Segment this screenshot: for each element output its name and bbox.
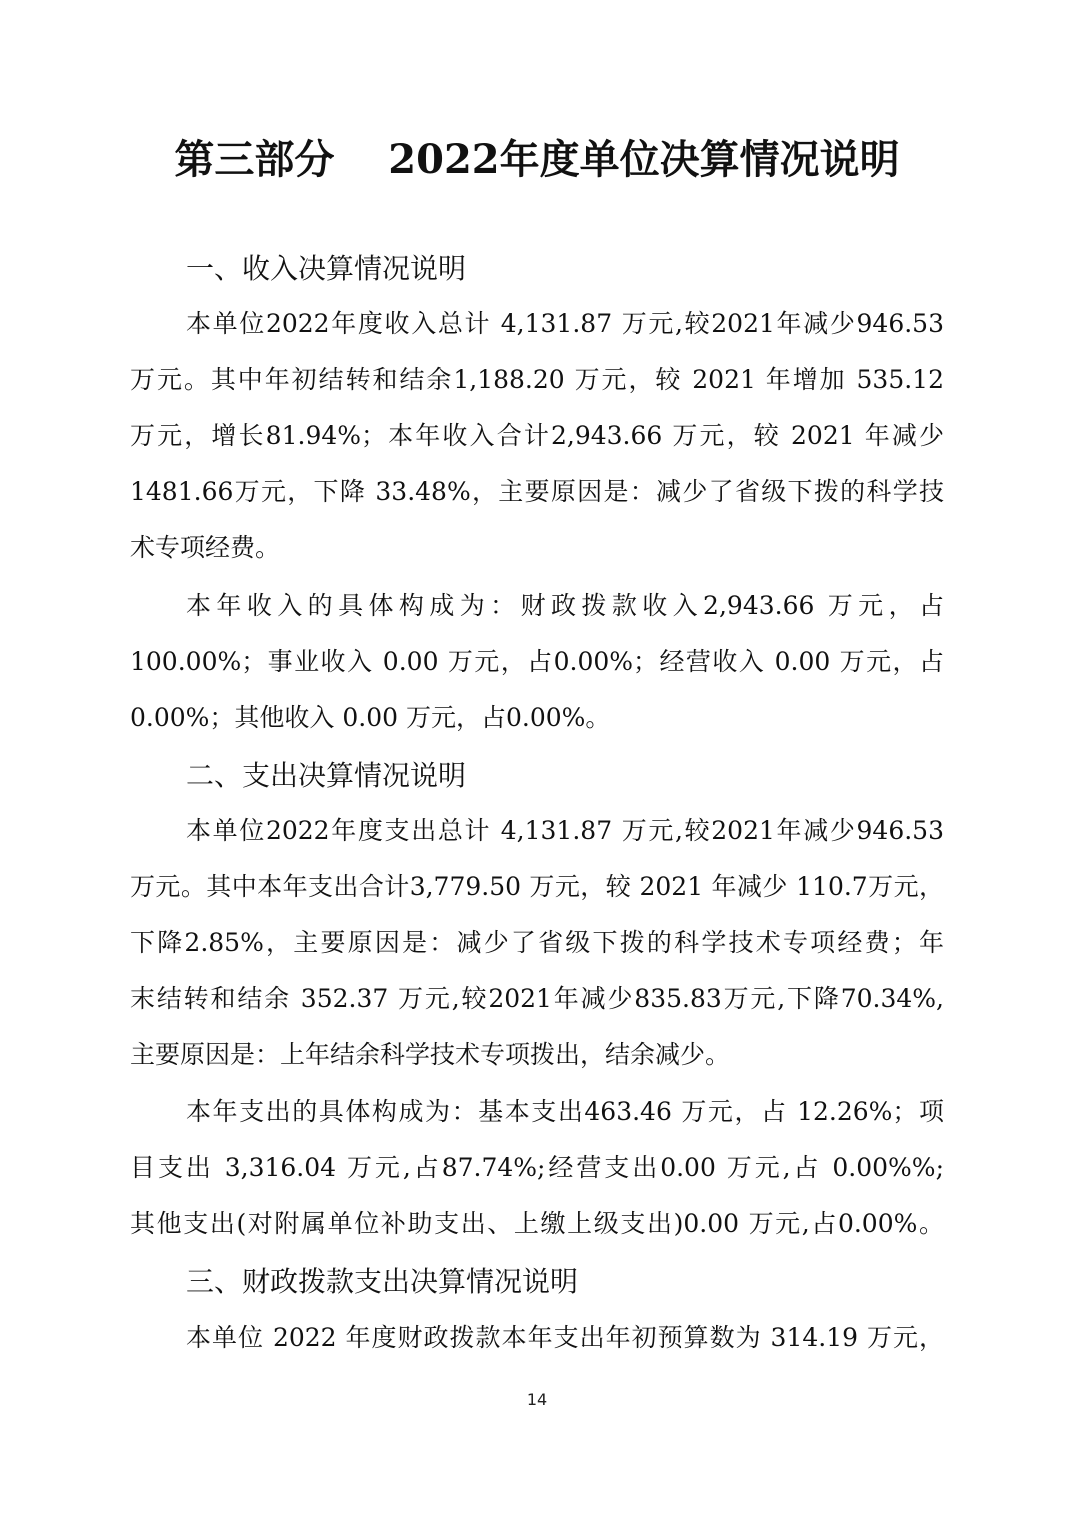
paragraph-line: 本单位 2022 年度财政拨款本年支出年初预算数为 314.19 万元， xyxy=(186,1320,944,1356)
paragraph-line: 其他支出(对附属单位补助支出、上缴上级支出)0.00 万元,占0.00%。 xyxy=(130,1206,944,1242)
paragraph-line: 本年支出的具体构成为：基本支出463.46 万元，占 12.26%；项 xyxy=(186,1094,944,1130)
paragraph-line: 100.00%；事业收入 0.00 万元，占0.00%；经营收入 0.00 万元… xyxy=(130,644,944,680)
paragraph-line: 万元，增长81.94%；本年收入合计2,943.66 万元，较 2021 年减少 xyxy=(130,418,944,454)
paragraph-line: 主要原因是：上年结余科学技术专项拨出，结余减少。 xyxy=(130,1037,944,1073)
page-number: 14 xyxy=(0,1390,1074,1410)
page-title: 第三部分 2022年度单位决算情况说明 xyxy=(0,132,1074,188)
paragraph-line: 本单位2022年度支出总计 4,131.87 万元,较2021年减少946.53 xyxy=(186,813,944,849)
paragraph-line: 术专项经费。 xyxy=(130,530,944,566)
paragraph-line: 万元。其中本年支出合计3,779.50 万元，较 2021 年减少 110.7万… xyxy=(130,869,944,905)
paragraph-line: 本年收入的具体构成为：财政拨款收入2,943.66 万元，占 xyxy=(186,588,944,624)
paragraph-line: 目支出 3,316.04 万元,占87.74%;经营支出0.00 万元,占 0.… xyxy=(130,1150,944,1186)
section-heading-expenditure: 二、支出决算情况说明 xyxy=(186,756,466,796)
section-heading-income: 一、收入决算情况说明 xyxy=(186,249,466,289)
section-heading-fiscal-appropriation: 三、财政拨款支出决算情况说明 xyxy=(186,1262,578,1302)
paragraph-line: 下降2.85%，主要原因是：减少了省级下拨的科学技术专项经费；年 xyxy=(130,925,944,961)
paragraph-line: 末结转和结余 352.37 万元,较2021年减少835.83万元,下降70.3… xyxy=(130,981,944,1017)
paragraph-line: 万元。其中年初结转和结余1,188.20 万元，较 2021 年增加 535.1… xyxy=(130,362,944,398)
paragraph-line: 1481.66万元，下降 33.48%，主要原因是：减少了省级下拨的科学技 xyxy=(130,474,944,510)
paragraph-line: 本单位2022年度收入总计 4,131.87 万元,较2021年减少946.53 xyxy=(186,306,944,342)
paragraph-line: 0.00%；其他收入 0.00 万元，占0.00%。 xyxy=(130,700,944,736)
document-page: 第三部分 2022年度单位决算情况说明 一、收入决算情况说明 本单位2022年度… xyxy=(0,0,1074,1520)
